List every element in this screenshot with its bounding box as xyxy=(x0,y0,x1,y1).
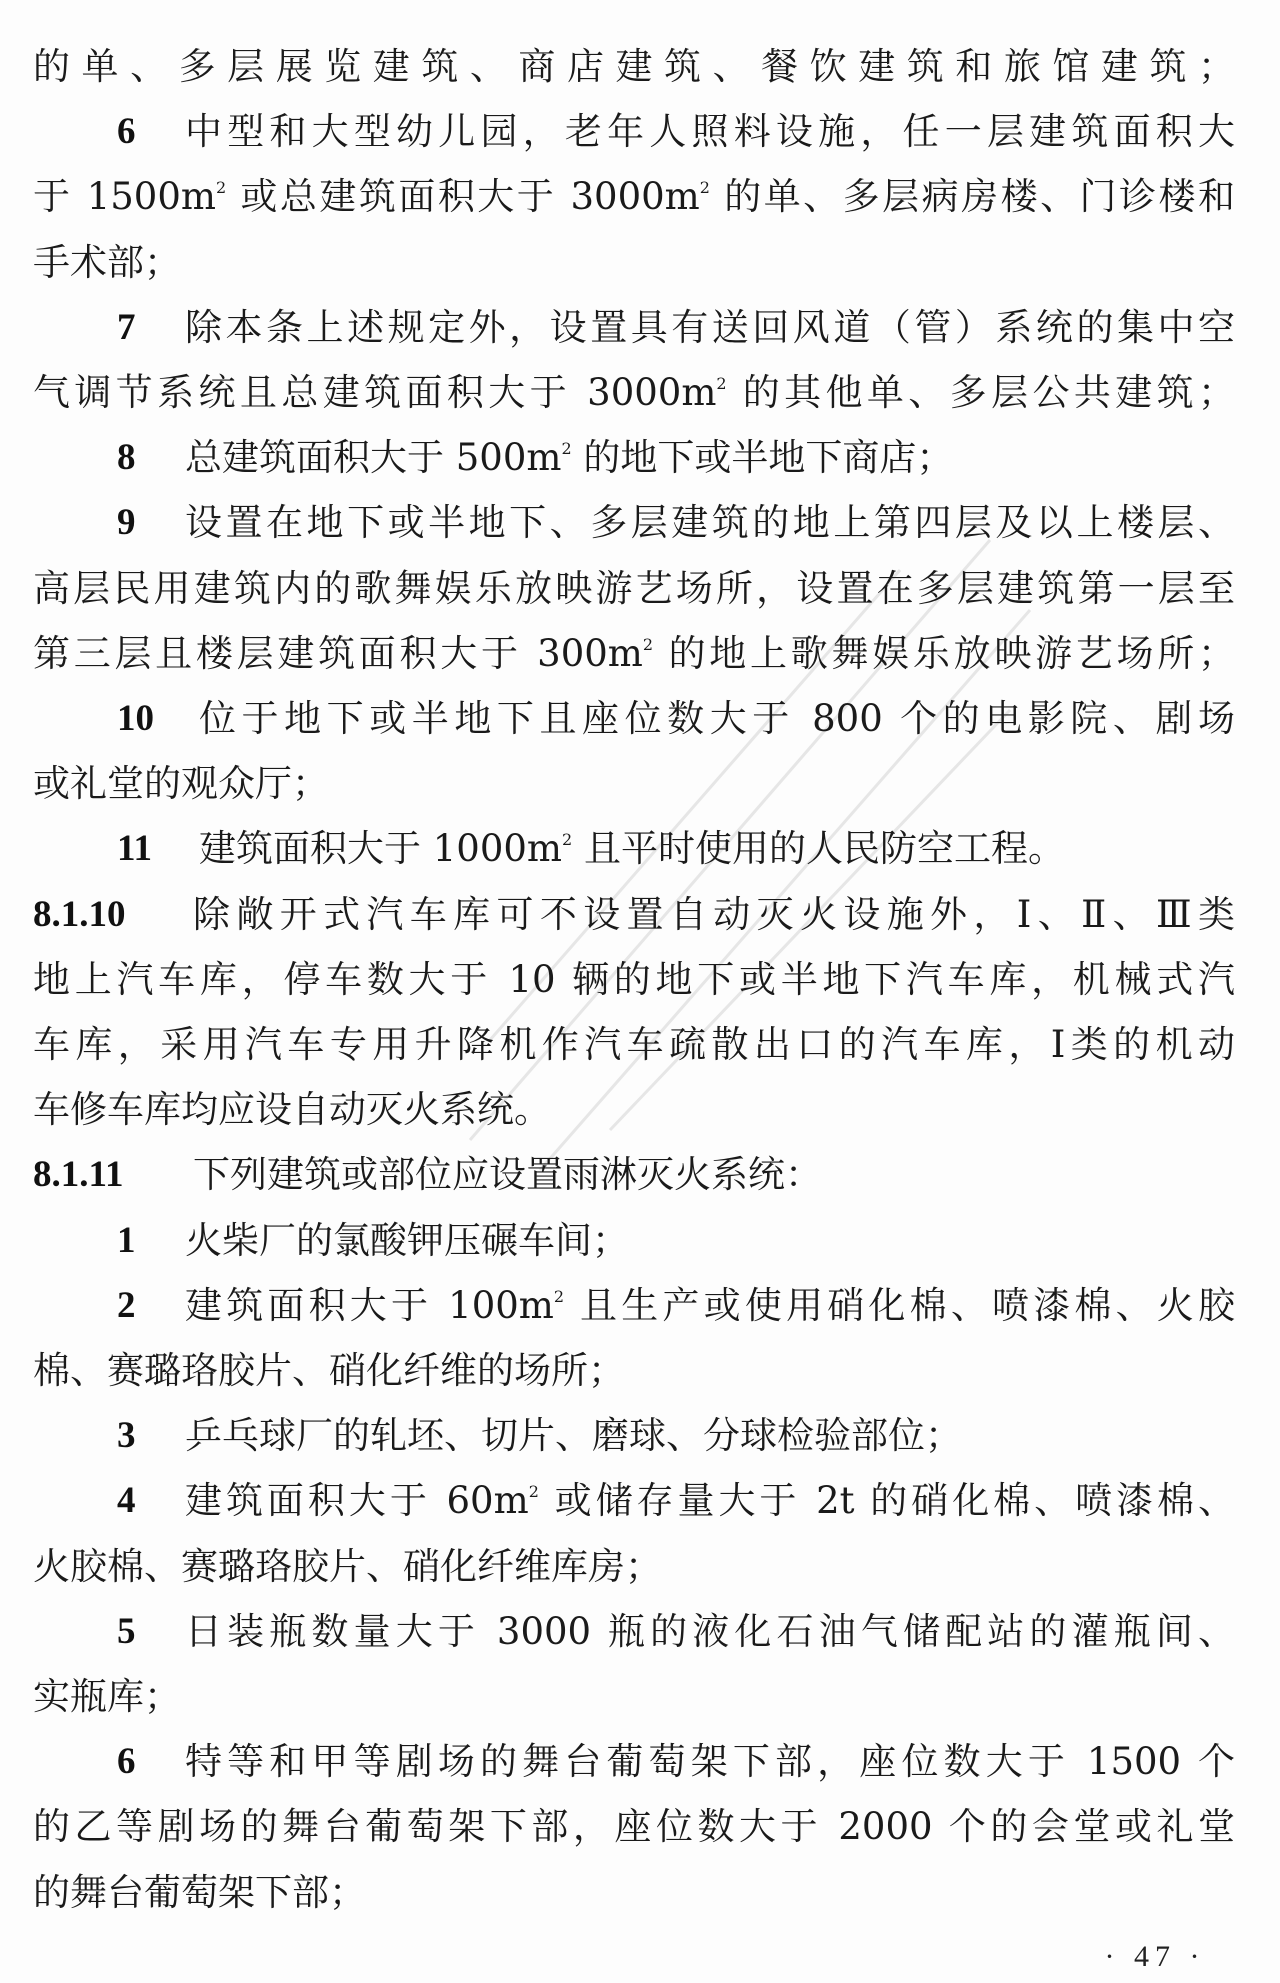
text-line: 第三层且楼层建筑面积大于 300m2 的地上歌舞娱乐放映游艺场所； xyxy=(33,628,1235,680)
line-text: 的单、多层展览建筑、商店建筑、餐饮建筑和旅馆建筑； xyxy=(33,41,1235,93)
line-text: 的乙等剧场的舞台葡萄架下部，座位数大于 2000 个的会堂或礼堂 xyxy=(33,1801,1235,1853)
line-text: 下列建筑或部位应设置雨淋灭火系统： xyxy=(193,1149,1235,1201)
text-line: 或礼堂的观众厅； xyxy=(33,758,1235,810)
text-line: 棉、赛璐珞胶片、硝化纤维的场所； xyxy=(33,1345,1235,1397)
clause-number: 8.1.10 xyxy=(33,889,193,941)
line-text: 的舞台葡萄架下部； xyxy=(33,1867,1235,1919)
list-item-line: 8总建筑面积大于 500m2 的地下或半地下商店； xyxy=(33,432,1235,484)
list-item-line: 3乒乓球厂的轧坯、切片、磨球、分球检验部位； xyxy=(33,1410,1235,1462)
line-text: 或礼堂的观众厅； xyxy=(33,758,1235,810)
item-number: 5 xyxy=(117,1606,185,1658)
text-line: 车修车库均应设自动灭火系统。 xyxy=(33,1084,1235,1136)
line-text: 特等和甲等剧场的舞台葡萄架下部，座位数大于 1500 个 xyxy=(185,1736,1235,1788)
list-item-line: 2建筑面积大于 100m2 且生产或使用硝化棉、喷漆棉、火胶 xyxy=(33,1280,1235,1332)
text-line: 的舞台葡萄架下部； xyxy=(33,1867,1235,1919)
list-item-line: 10位于地下或半地下且座位数大于 800 个的电影院、剧场 xyxy=(33,693,1235,745)
line-text: 位于地下或半地下且座位数大于 800 个的电影院、剧场 xyxy=(199,693,1235,745)
item-number: 3 xyxy=(117,1410,185,1462)
item-number: 7 xyxy=(117,302,185,354)
list-item-line: 9设置在地下或半地下、多层建筑的地上第四层及以上楼层、 xyxy=(33,497,1235,549)
item-number: 4 xyxy=(117,1475,185,1527)
list-item-line: 6中型和大型幼儿园，老年人照料设施，任一层建筑面积大 xyxy=(33,106,1235,158)
line-text: 实瓶库； xyxy=(33,1671,1235,1723)
line-text: 除敞开式汽车库可不设置自动灭火设施外，Ⅰ、Ⅱ、Ⅲ类 xyxy=(193,889,1235,941)
line-text: 车修车库均应设自动灭火系统。 xyxy=(33,1084,1235,1136)
line-text: 第三层且楼层建筑面积大于 300m2 的地上歌舞娱乐放映游艺场所； xyxy=(33,628,1235,680)
line-text: 建筑面积大于 1000m2 且平时使用的人民防空工程。 xyxy=(199,823,1235,875)
line-text: 火柴厂的氯酸钾压碾车间； xyxy=(185,1215,1235,1267)
text-line: 的乙等剧场的舞台葡萄架下部，座位数大于 2000 个的会堂或礼堂 xyxy=(33,1801,1235,1853)
line-text: 于 1500m2 或总建筑面积大于 3000m2 的单、多层病房楼、门诊楼和 xyxy=(33,171,1235,223)
line-text: 设置在地下或半地下、多层建筑的地上第四层及以上楼层、 xyxy=(185,497,1235,549)
list-item-line: 7除本条上述规定外，设置具有送回风道（管）系统的集中空 xyxy=(33,302,1235,354)
item-number: 8 xyxy=(117,432,185,484)
list-item-line: 1火柴厂的氯酸钾压碾车间； xyxy=(33,1215,1235,1267)
line-text: 中型和大型幼儿园，老年人照料设施，任一层建筑面积大 xyxy=(185,106,1235,158)
text-line: 火胶棉、赛璐珞胶片、硝化纤维库房； xyxy=(33,1541,1235,1593)
line-text: 建筑面积大于 60m2 或储存量大于 2t 的硝化棉、喷漆棉、 xyxy=(185,1475,1235,1527)
list-item-line: 4建筑面积大于 60m2 或储存量大于 2t 的硝化棉、喷漆棉、 xyxy=(33,1475,1235,1527)
text-line: 车库，采用汽车专用升降机作汽车疏散出口的汽车库，Ⅰ类的机动 xyxy=(33,1019,1235,1071)
text-line: 的单、多层展览建筑、商店建筑、餐饮建筑和旅馆建筑； xyxy=(33,41,1235,93)
item-number: 10 xyxy=(117,693,199,745)
page-number: · 47 · xyxy=(1090,1940,1220,1980)
section-line: 8.1.11下列建筑或部位应设置雨淋灭火系统： xyxy=(33,1149,1235,1201)
text-line: 地上汽车库，停车数大于 10 辆的地下或半地下汽车库，机械式汽 xyxy=(33,954,1235,1006)
line-text: 乒乓球厂的轧坯、切片、磨球、分球检验部位； xyxy=(185,1410,1235,1462)
item-number: 11 xyxy=(117,823,199,875)
line-text: 棉、赛璐珞胶片、硝化纤维的场所； xyxy=(33,1345,1235,1397)
text-line: 手术部； xyxy=(33,237,1235,289)
list-item-line: 5日装瓶数量大于 3000 瓶的液化石油气储配站的灌瓶间、 xyxy=(33,1606,1235,1658)
line-text: 车库，采用汽车专用升降机作汽车疏散出口的汽车库，Ⅰ类的机动 xyxy=(33,1019,1235,1071)
item-number: 1 xyxy=(117,1215,185,1267)
text-line: 实瓶库； xyxy=(33,1671,1235,1723)
item-number: 9 xyxy=(117,497,185,549)
clause-number: 8.1.11 xyxy=(33,1149,193,1201)
item-number: 6 xyxy=(117,1736,185,1788)
document-page: 的单、多层展览建筑、商店建筑、餐饮建筑和旅馆建筑；6中型和大型幼儿园，老年人照料… xyxy=(0,0,1280,1983)
text-line: 高层民用建筑内的歌舞娱乐放映游艺场所，设置在多层建筑第一层至 xyxy=(33,563,1235,615)
line-text: 火胶棉、赛璐珞胶片、硝化纤维库房； xyxy=(33,1541,1235,1593)
text-line: 于 1500m2 或总建筑面积大于 3000m2 的单、多层病房楼、门诊楼和 xyxy=(33,171,1235,223)
line-text: 建筑面积大于 100m2 且生产或使用硝化棉、喷漆棉、火胶 xyxy=(185,1280,1235,1332)
item-number: 6 xyxy=(117,106,185,158)
list-item-line: 11建筑面积大于 1000m2 且平时使用的人民防空工程。 xyxy=(33,823,1235,875)
line-text: 除本条上述规定外，设置具有送回风道（管）系统的集中空 xyxy=(185,302,1235,354)
text-line: 气调节系统且总建筑面积大于 3000m2 的其他单、多层公共建筑； xyxy=(33,367,1235,419)
line-text: 总建筑面积大于 500m2 的地下或半地下商店； xyxy=(185,432,1235,484)
line-text: 气调节系统且总建筑面积大于 3000m2 的其他单、多层公共建筑； xyxy=(33,367,1235,419)
list-item-line: 6特等和甲等剧场的舞台葡萄架下部，座位数大于 1500 个 xyxy=(33,1736,1235,1788)
item-number: 2 xyxy=(117,1280,185,1332)
line-text: 日装瓶数量大于 3000 瓶的液化石油气储配站的灌瓶间、 xyxy=(185,1606,1235,1658)
line-text: 地上汽车库，停车数大于 10 辆的地下或半地下汽车库，机械式汽 xyxy=(33,954,1235,1006)
line-text: 手术部； xyxy=(33,237,1235,289)
line-text: 高层民用建筑内的歌舞娱乐放映游艺场所，设置在多层建筑第一层至 xyxy=(33,563,1235,615)
section-line: 8.1.10除敞开式汽车库可不设置自动灭火设施外，Ⅰ、Ⅱ、Ⅲ类 xyxy=(33,889,1235,941)
